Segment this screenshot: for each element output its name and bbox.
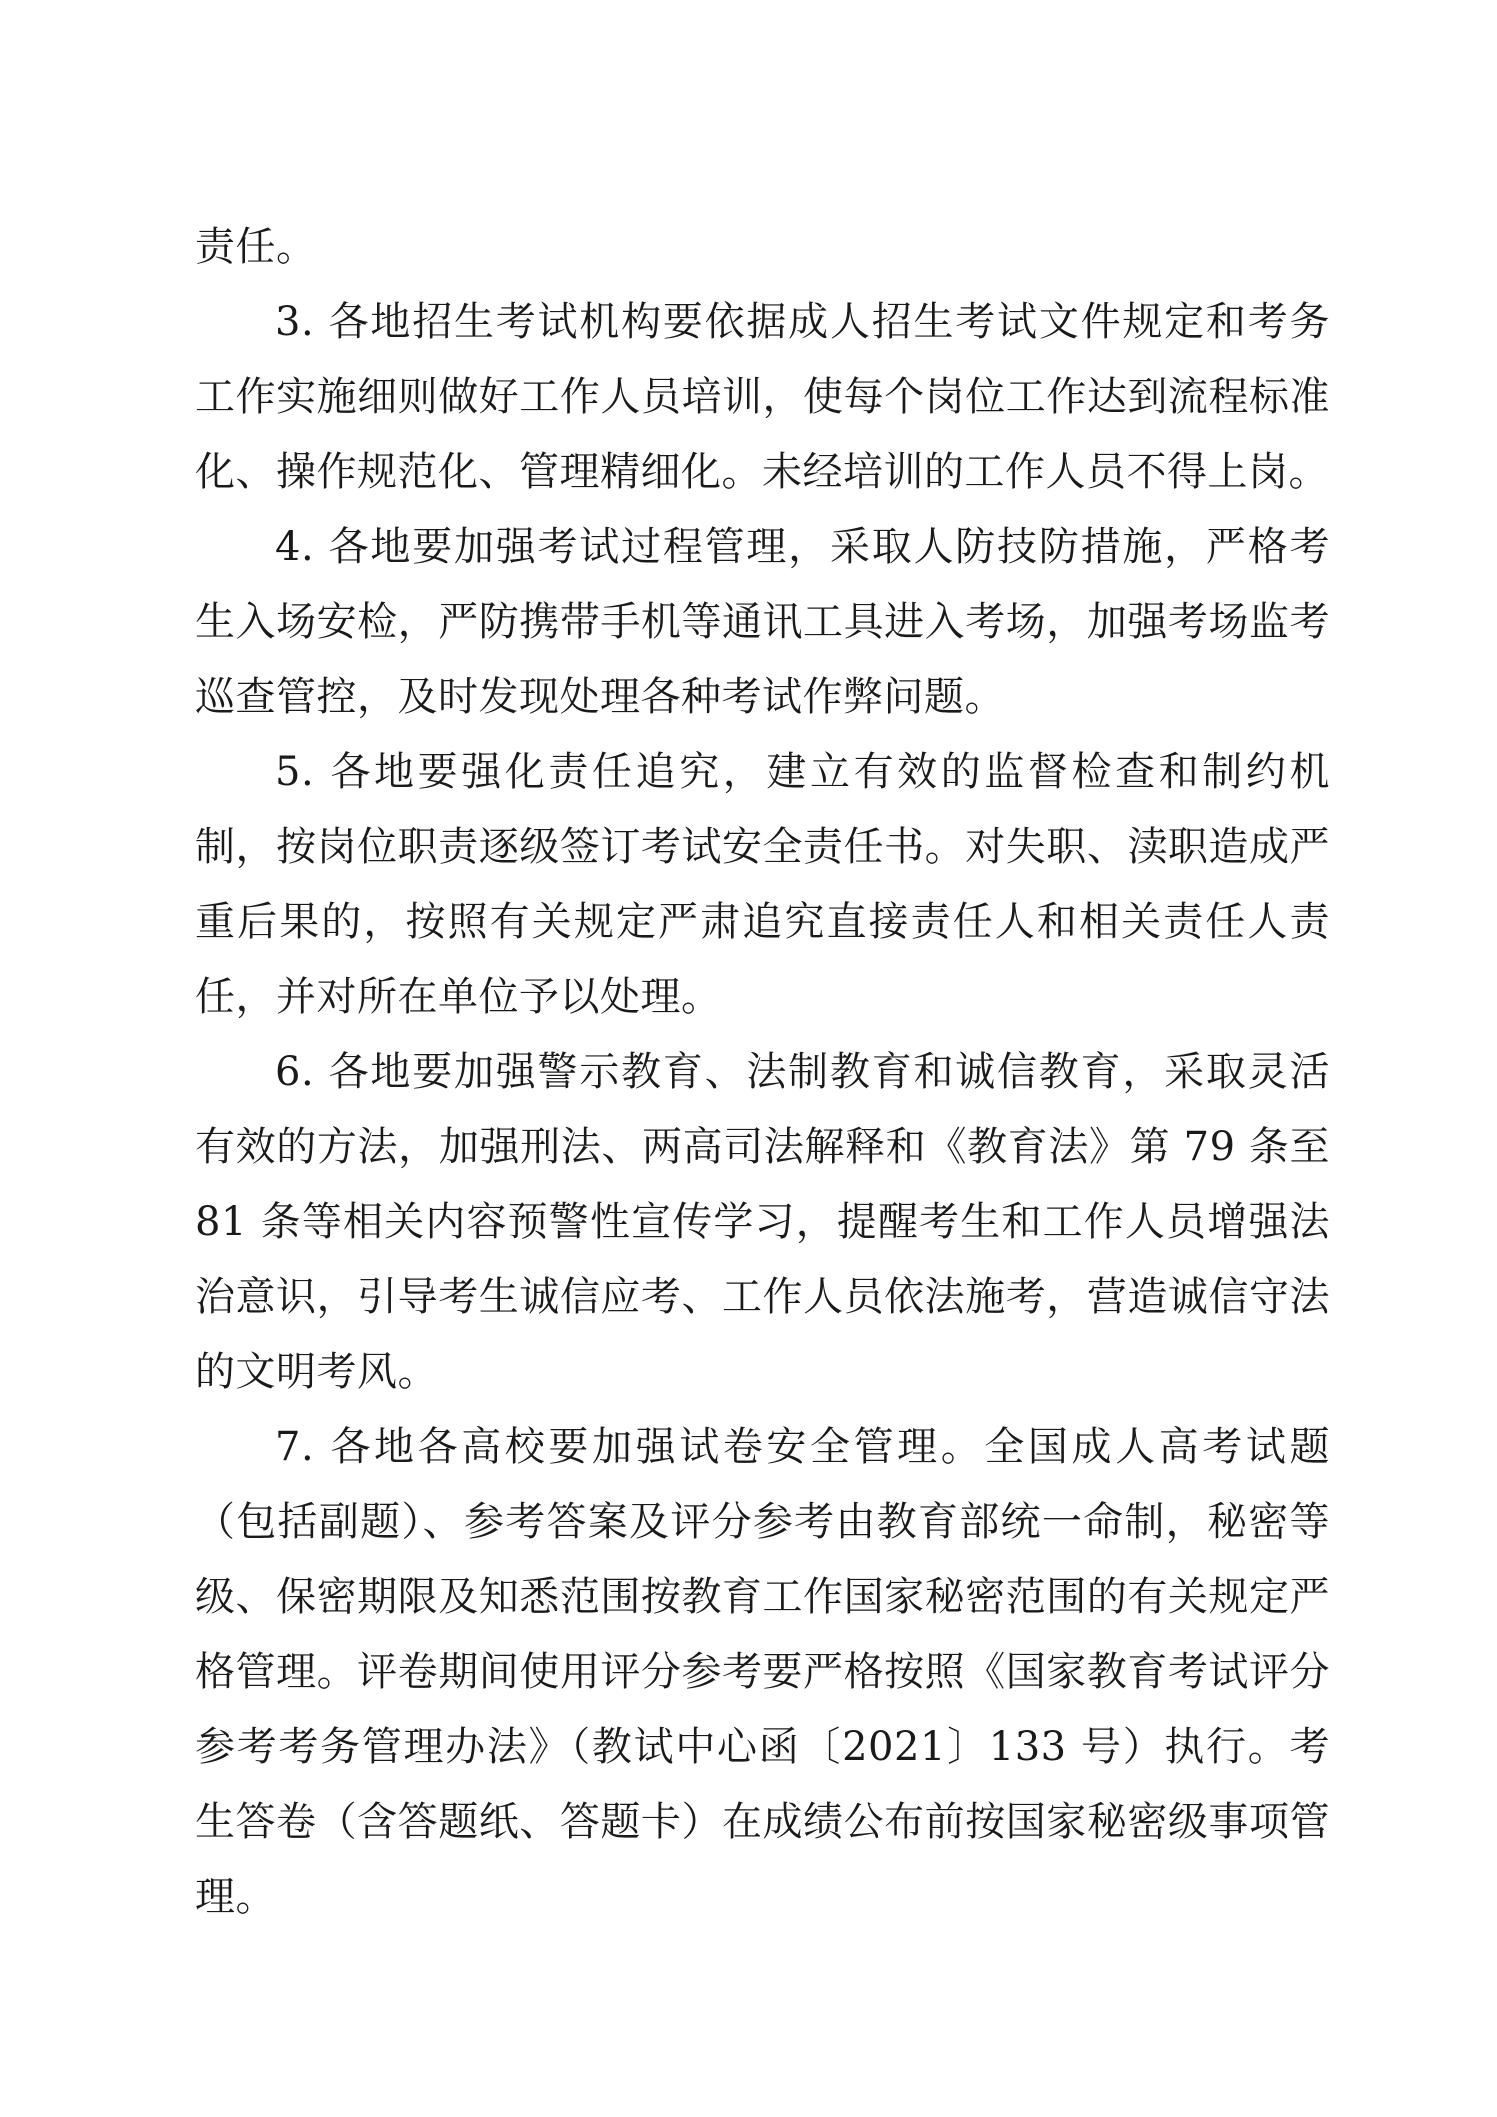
paragraph-item-4: 4. 各地要加强考试过程管理，采取人防技防措施，严格考生入场安检，严防携带手机等… <box>195 510 1330 735</box>
paragraph-item-3: 3. 各地招生考试机构要依据成人招生考试文件规定和考务工作实施细则做好工作人员培… <box>195 285 1330 510</box>
paragraph-continuation: 责任。 <box>195 210 1330 285</box>
paragraph-item-7: 7. 各地各高校要加强试卷安全管理。全国成人高考试题（包括副题）、参考答案及评分… <box>195 1410 1330 1935</box>
paragraph-item-6: 6. 各地要加强警示教育、法制教育和诚信教育，采取灵活有效的方法，加强刑法、两高… <box>195 1035 1330 1410</box>
paragraph-item-5: 5. 各地要强化责任追究，建立有效的监督检查和制约机制，按岗位职责逐级签订考试安… <box>195 735 1330 1035</box>
document-text-block: 责任。 3. 各地招生考试机构要依据成人招生考试文件规定和考务工作实施细则做好工… <box>195 210 1330 1935</box>
document-page: 责任。 3. 各地招生考试机构要依据成人招生考试文件规定和考务工作实施细则做好工… <box>0 0 1497 2117</box>
